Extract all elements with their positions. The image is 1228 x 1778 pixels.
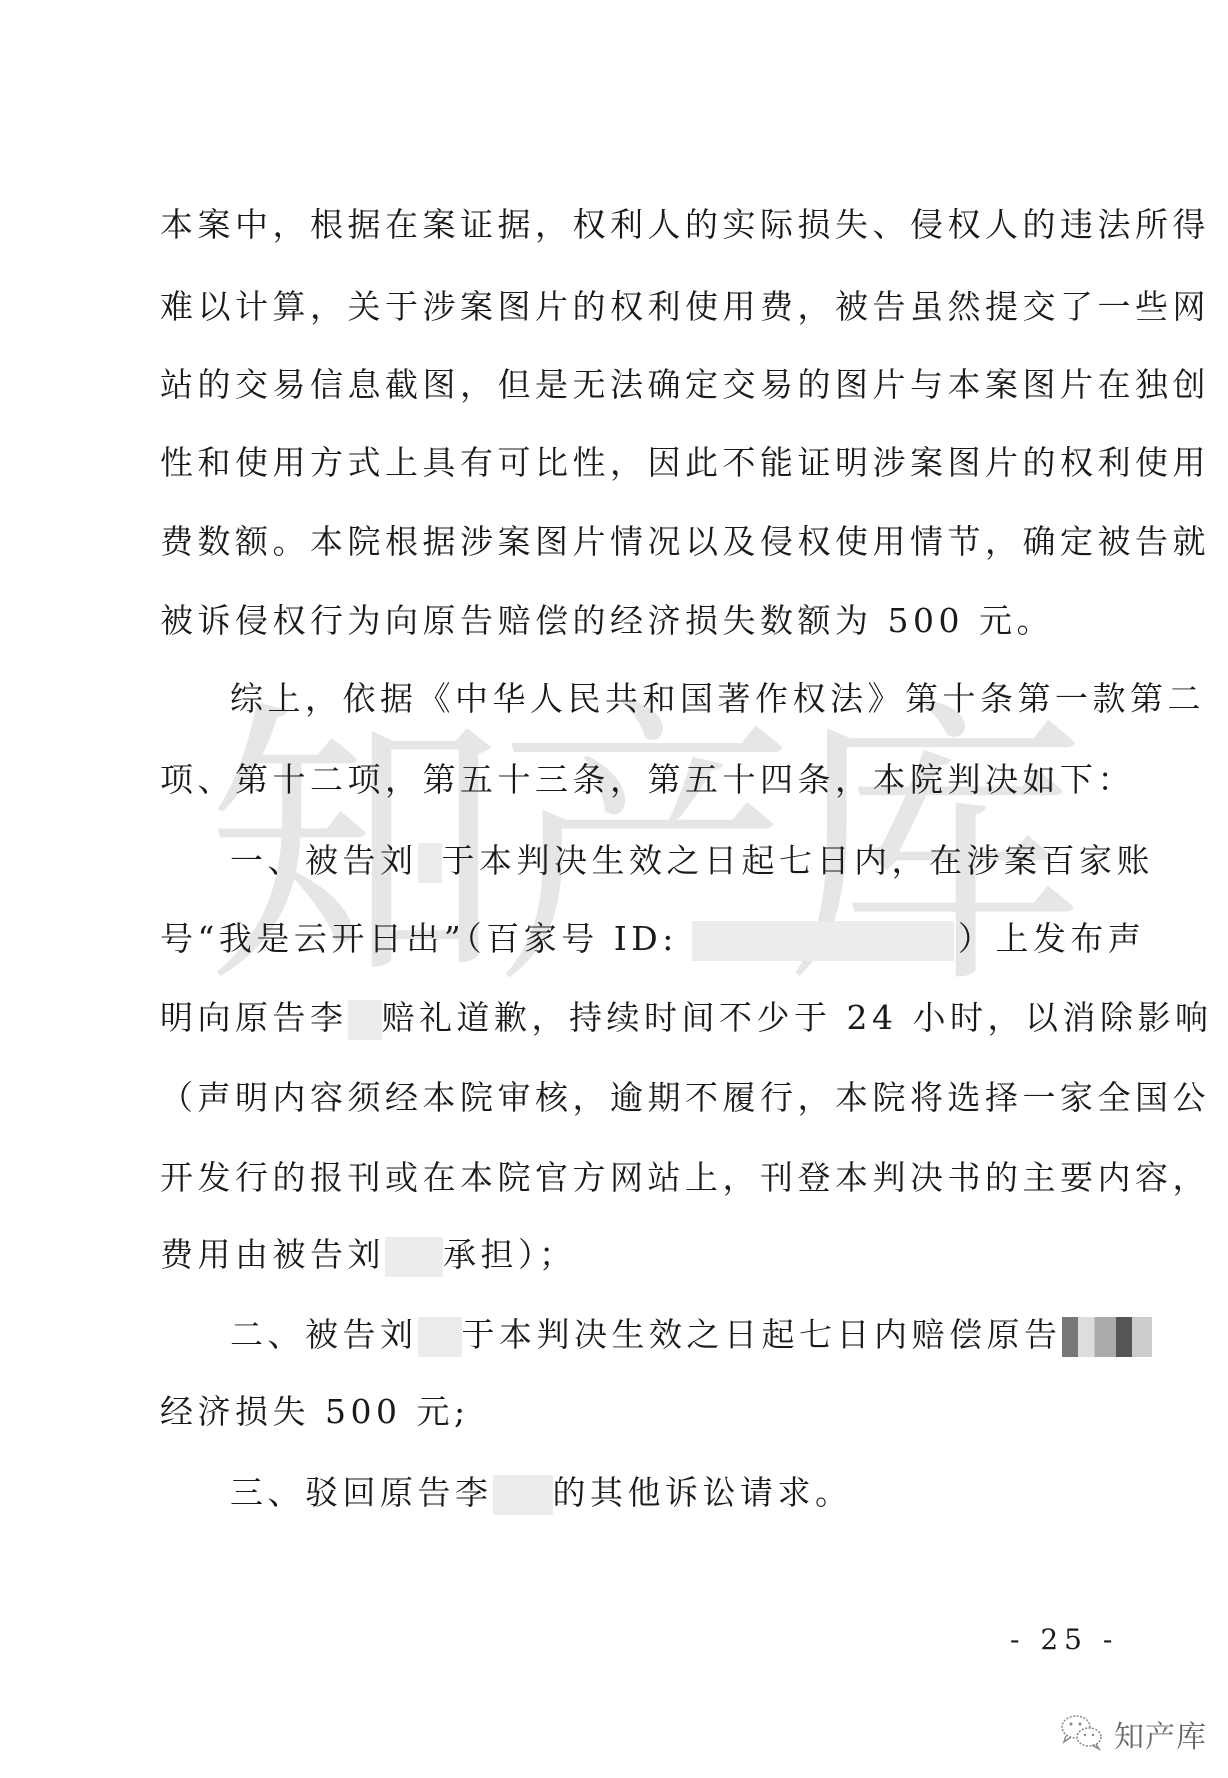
- judgment-item-1-line: 开发行的报刊或在本院官方网站上，刊登本判决书的主要内容，: [160, 1153, 1150, 1203]
- redacted-name: [418, 843, 442, 883]
- text: 于本判决生效之日起七日内赔偿原告: [462, 1315, 1062, 1354]
- judgment-item-1-line: 一、被告刘于本判决生效之日起七日内，在涉案百家账: [230, 836, 1150, 886]
- text: 一、被告刘: [230, 841, 418, 880]
- paragraph-line: 费数额。本院根据涉案图片情况以及侵权使用情节，确定被告就: [160, 517, 1150, 567]
- redacted-name: [493, 1475, 553, 1515]
- redacted-name-mosaic: [1062, 1317, 1152, 1357]
- text: 三、驳回原告李: [230, 1473, 493, 1512]
- paragraph-line: 难以计算，关于涉案图片的权利使用费，被告虽然提交了一些网: [160, 282, 1150, 332]
- document-page: 知产库 本案中，根据在案证据，权利人的实际损失、侵权人的违法所得 难以计算，关于…: [0, 0, 1228, 1778]
- paragraph-line: 综上，依据《中华人民共和国著作权法》第十条第一款第二: [230, 674, 1150, 724]
- redacted-id: [692, 921, 954, 961]
- paragraph-line: 本案中，根据在案证据，权利人的实际损失、侵权人的违法所得: [160, 200, 1150, 250]
- wechat-icon: [1058, 1712, 1106, 1756]
- page-number: - 25 -: [1010, 1620, 1118, 1660]
- judgment-item-2-line: 二、被告刘于本判决生效之日起七日内赔偿原告: [230, 1310, 1150, 1360]
- text: 赔礼道歉，持续时间不少于 24 小时，以消除影响: [382, 998, 1213, 1037]
- brand-name: 知产库: [1114, 1712, 1207, 1756]
- judgment-item-1-line: 明向原告李赔礼道歉，持续时间不少于 24 小时，以消除影响: [160, 993, 1150, 1043]
- brand-footer: 知产库: [1058, 1712, 1207, 1756]
- redacted-name: [385, 1237, 443, 1277]
- text: 号“我是云开日出”（百家号 ID:: [160, 919, 678, 958]
- text: 二、被告刘: [230, 1315, 418, 1354]
- redacted-name: [418, 1317, 462, 1357]
- paragraph-line: 站的交易信息截图，但是无法确定交易的图片与本案图片在独创: [160, 360, 1150, 410]
- text: ）上发布声: [958, 919, 1146, 958]
- judgment-item-1-line: （声明内容须经本院审核，逾期不履行，本院将选择一家全国公: [160, 1073, 1150, 1123]
- paragraph-line: 被诉侵权行为向原告赔偿的经济损失数额为 500 元。: [160, 596, 1150, 646]
- paragraph-line: 性和使用方式上具有可比性，因此不能证明涉案图片的权利使用: [160, 438, 1150, 488]
- paragraph-line: 项、第十二项，第五十三条，第五十四条，本院判决如下：: [160, 755, 1150, 805]
- judgment-item-1-line: 费用由被告刘承担）；: [160, 1230, 1150, 1280]
- text: 费用由被告刘: [160, 1235, 385, 1274]
- text: 明向原告李: [160, 998, 348, 1037]
- judgment-item-3-line: 三、驳回原告李的其他诉讼请求。: [230, 1468, 1150, 1518]
- judgment-item-1-line: 号“我是云开日出”（百家号 ID:）上发布声: [160, 914, 1150, 964]
- judgment-item-2-line: 经济损失 500 元;: [160, 1387, 1150, 1437]
- redacted-name: [348, 1000, 382, 1040]
- text: 于本判决生效之日起七日内，在涉案百家账: [442, 841, 1155, 880]
- text: 承担）；: [443, 1235, 577, 1274]
- text: 的其他诉讼请求。: [553, 1473, 853, 1512]
